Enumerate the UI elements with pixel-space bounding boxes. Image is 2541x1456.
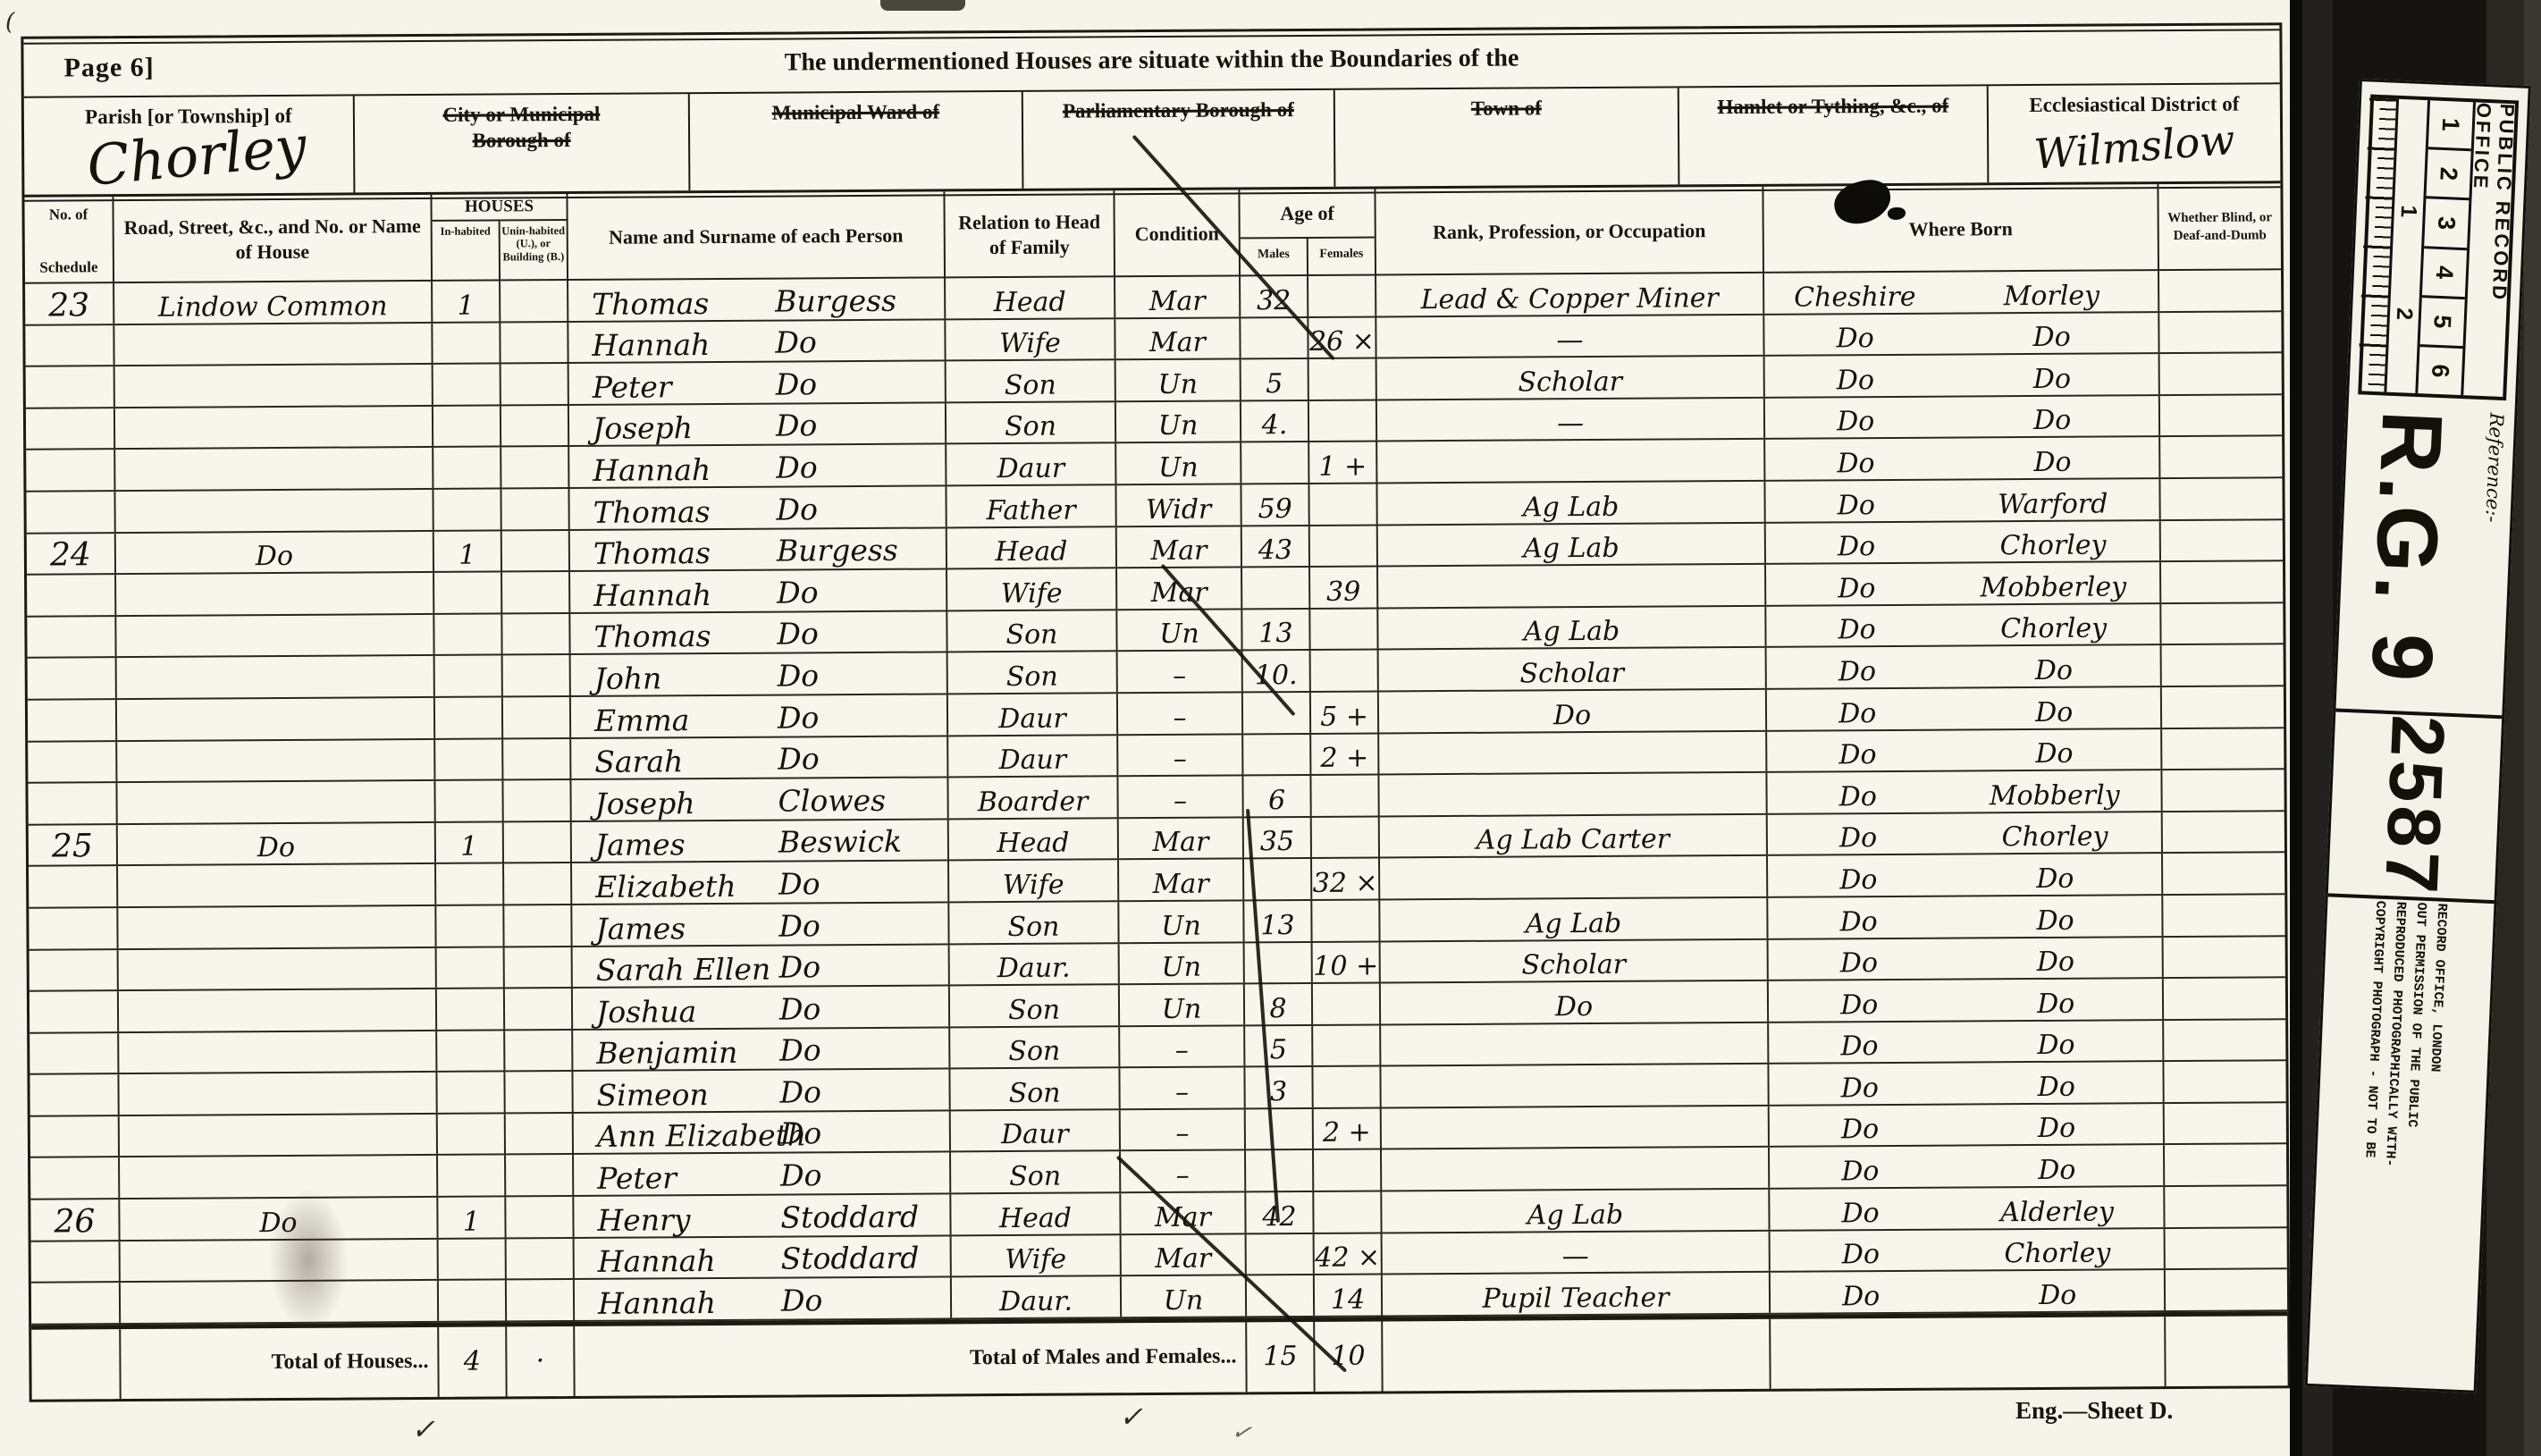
given-name: James — [595, 830, 686, 861]
road-cell — [119, 1031, 437, 1073]
col-header-houses-title: HOUSES — [432, 194, 566, 222]
blind-deaf-cell — [2163, 895, 2284, 935]
age-males-cell — [1246, 1150, 1314, 1191]
relation-cell: Son — [947, 402, 1116, 443]
occupation-cell — [1379, 773, 1767, 815]
condition-cell: – — [1120, 1068, 1245, 1108]
age-males-cell: 4. — [1241, 401, 1309, 442]
road-cell — [117, 739, 435, 781]
age-females-cell — [1313, 984, 1381, 1024]
age-females-cell: 14 — [1315, 1275, 1383, 1316]
field-town-label: Town of — [1335, 95, 1678, 122]
occupation-cell: Scholar — [1379, 648, 1767, 690]
given-name: Peter — [593, 372, 672, 402]
name-cell: Elizabeth Do — [572, 862, 949, 904]
age-males-cell: 5 — [1241, 359, 1309, 400]
condition-cell: Un — [1120, 943, 1245, 983]
scan-edge-blot — [880, 0, 965, 11]
schedule-number-cell — [28, 700, 117, 740]
given-name: Peter — [597, 1163, 677, 1193]
occupation-cell: Ag Lab Carter — [1380, 815, 1768, 857]
relation-cell: Wife — [952, 1235, 1122, 1276]
name-cell: Hannah Do — [568, 320, 946, 362]
born-county: Do — [1767, 659, 1948, 686]
given-name: Thomas — [593, 538, 711, 568]
age-females-cell — [1309, 400, 1377, 441]
born-place: Do — [1949, 990, 2162, 1018]
born-place: Chorley — [1951, 1240, 2164, 1267]
name-cell: Emma Do — [571, 694, 948, 736]
uninhabited-cell — [504, 905, 572, 946]
col-header-relation: Relation to Head of Family — [945, 190, 1115, 278]
born-place: Morley — [1945, 282, 2158, 310]
relation-cell: Son — [950, 1027, 1120, 1068]
born-place: Do — [1946, 324, 2158, 351]
surname: Do — [778, 661, 820, 690]
name-cell: Thomas Burgess — [568, 278, 946, 320]
given-name: Joseph — [595, 788, 695, 819]
col-header-inhabited: In-habited — [433, 221, 501, 281]
col-header-males: Males — [1241, 239, 1308, 276]
blind-deaf-cell — [2159, 312, 2281, 352]
condition-cell: Un — [1119, 901, 1244, 941]
schedule-number-cell — [26, 408, 115, 449]
inhabited-cell — [437, 989, 505, 1030]
inhabited-cell — [437, 1031, 505, 1071]
blind-deaf-cell — [2163, 812, 2284, 852]
where-born-cell: Do Do — [1769, 979, 2164, 1021]
name-cell: Hannah Do — [575, 1278, 952, 1320]
age-females-cell: 10 + — [1313, 942, 1381, 982]
blind-deaf-cell — [2161, 520, 2283, 560]
blind-deaf-cell — [2162, 645, 2284, 686]
field-parliamentary-borough: Parliamentary Borough of — [1023, 90, 1336, 189]
condition-cell: – — [1120, 1026, 1245, 1066]
uninhabited-cell — [503, 780, 571, 821]
relation-cell: Head — [951, 1193, 1121, 1234]
road-cell — [116, 615, 434, 657]
occupation-cell: Scholar — [1381, 939, 1769, 981]
relation-cell: Son — [950, 985, 1120, 1026]
born-county: Do — [1771, 1241, 1952, 1269]
born-county: Do — [1771, 1283, 1952, 1310]
age-females-cell — [1314, 1192, 1382, 1233]
relation-cell: Son — [950, 1069, 1120, 1110]
uninhabited-cell — [502, 531, 570, 571]
inhabited-cell — [435, 697, 503, 737]
name-cell: Hannah Stoddard — [575, 1236, 952, 1278]
road-cell — [117, 698, 435, 740]
given-name: Thomas — [592, 289, 709, 319]
given-name: Hannah — [598, 1246, 716, 1276]
condition-cell: Mar — [1121, 1192, 1246, 1233]
age-females-cell: 5 + — [1311, 692, 1379, 732]
schedule-number-cell: 25 — [29, 825, 118, 865]
occupation-cell — [1381, 1065, 1769, 1107]
born-place: Do — [1949, 948, 2162, 976]
age-males-cell — [1247, 1234, 1315, 1275]
age-females-cell — [1314, 1150, 1382, 1191]
surname: Burgess — [775, 285, 896, 316]
blind-deaf-cell — [2161, 603, 2283, 644]
born-county: Do — [1766, 575, 1948, 602]
smudge-mark — [268, 1189, 349, 1332]
age-females-cell: 2 + — [1311, 734, 1379, 774]
where-born-cell: Cheshire Morley — [1764, 271, 2159, 313]
road-cell — [116, 573, 434, 615]
col-header-females: Females — [1308, 238, 1375, 275]
occupation-cell: Lead & Copper Miner — [1376, 274, 1764, 316]
surname: Do — [777, 577, 819, 607]
schedule-number-cell — [29, 866, 118, 906]
occupation-cell: Do — [1379, 690, 1767, 732]
stamp-ruler: PUBLIC RECORD OFFICE 1 2 3 4 5 6 — [2358, 95, 2519, 401]
totals-uninhabited-mark: · — [507, 1326, 575, 1396]
age-females-cell — [1310, 609, 1378, 649]
age-females-cell: 26 × — [1308, 317, 1376, 358]
condition-cell: Un — [1117, 610, 1242, 650]
age-females-cell — [1313, 1067, 1381, 1107]
ruler-cm-number: 4 — [2422, 248, 2467, 299]
born-place: Do — [1947, 449, 2159, 476]
where-born-cell: Do Do — [1768, 854, 2163, 896]
name-cell: James Beswick — [572, 820, 949, 862]
schedule-number-cell — [30, 1116, 120, 1157]
born-place: Chorley — [1948, 823, 2161, 851]
surname: Do — [775, 327, 817, 357]
road-cell — [119, 1073, 437, 1115]
born-county: Do — [1764, 325, 1946, 353]
name-cell: Hannah Do — [569, 445, 947, 487]
ruler-cm-number: 6 — [2418, 347, 2462, 395]
inhabited-cell — [435, 656, 503, 696]
col-header-age-title: Age of — [1240, 189, 1374, 237]
born-place: Do — [1948, 699, 2160, 727]
road-cell — [115, 407, 433, 449]
surname: Do — [776, 452, 818, 482]
schedule-number-cell — [27, 575, 116, 615]
blind-deaf-cell — [2166, 1270, 2287, 1310]
blind-deaf-cell — [2160, 353, 2282, 393]
schedule-number-cell — [31, 1241, 121, 1282]
uninhabited-cell — [501, 364, 569, 404]
occupation-cell: Ag Lab — [1382, 1190, 1770, 1232]
totals-row: Total of Houses... 4 · Total of Males an… — [31, 1311, 2287, 1399]
road-cell: Do — [116, 531, 434, 573]
inhabited-cell — [436, 864, 504, 905]
surname: Stoddard — [780, 1201, 919, 1232]
uninhabited-cell — [507, 1239, 575, 1279]
schedule-number-cell: 23 — [25, 283, 114, 324]
given-name: James — [595, 913, 686, 944]
surname: Do — [780, 1119, 822, 1149]
inhabited-cell — [433, 323, 501, 363]
field-town: Town of — [1335, 88, 1680, 186]
inhabited-cell — [434, 614, 502, 654]
surname: Do — [779, 1036, 821, 1065]
born-place: Do — [1946, 408, 2158, 435]
condition-cell: Un — [1116, 360, 1241, 400]
name-cell: Benjamin Do — [573, 1028, 950, 1070]
born-county: Do — [1768, 825, 1949, 853]
where-born-cell: Do Mobberly — [1767, 770, 2162, 812]
born-county: Do — [1769, 991, 1950, 1019]
ruler-inch-number: 2 — [2391, 307, 2418, 321]
field-ecclesiastical-district: Ecclesiastical District of Wilmslow — [1989, 84, 2281, 182]
condition-cell: Mar — [1115, 318, 1241, 358]
given-name: Hannah — [593, 580, 711, 610]
age-males-cell: 59 — [1241, 484, 1309, 525]
age-males-cell: 6 — [1243, 776, 1311, 816]
name-cell: Joseph Clowes — [571, 778, 948, 821]
relation-cell: Father — [947, 485, 1116, 526]
schedule-number-cell — [30, 1158, 120, 1199]
field-ecclesiastical-district-value: Wilmslow — [1988, 112, 2282, 182]
given-name: Emma — [594, 705, 690, 736]
occupation-cell — [1380, 856, 1768, 898]
uninhabited-cell — [506, 1197, 574, 1237]
road-cell: Do — [118, 823, 436, 865]
check-mark: ✓ — [1119, 1400, 1143, 1434]
total-males-females-label: Total of Males and Females... — [575, 1322, 1247, 1396]
road-cell — [117, 781, 435, 823]
given-name: Simeon — [597, 1080, 709, 1110]
surname: Burgess — [777, 535, 898, 566]
uninhabited-cell — [501, 447, 569, 487]
age-females-cell — [1309, 484, 1377, 524]
age-females-cell — [1310, 526, 1378, 566]
schedule-number-cell — [26, 492, 115, 532]
born-county: Cheshire — [1764, 283, 1946, 311]
schedule-number-cell — [31, 1283, 121, 1323]
uninhabited-cell — [505, 947, 573, 987]
schedule-number-cell — [29, 1074, 119, 1115]
age-females-cell: 2 + — [1314, 1108, 1382, 1149]
col-header-rank: Rank, Profession, or Occupation — [1376, 187, 1764, 276]
surname: Do — [778, 869, 820, 898]
banner-text: The undermentioned Houses are situate wi… — [23, 39, 2279, 81]
blind-deaf-cell — [2166, 1228, 2287, 1268]
schedule-number-cell — [29, 908, 118, 948]
given-name: Joseph — [593, 414, 693, 444]
surname: Do — [779, 994, 821, 1023]
age-males-cell — [1245, 942, 1313, 982]
totals-blind-cell — [2166, 1316, 2287, 1386]
uninhabited-cell — [505, 1072, 573, 1112]
born-place: Do — [1948, 657, 2160, 685]
relation-cell: Son — [951, 1152, 1121, 1193]
born-place: Do — [1951, 1282, 2164, 1309]
age-females-cell: 42 × — [1315, 1233, 1383, 1274]
name-cell: Ann Elizabeth Do — [574, 1111, 951, 1153]
name-cell: James Do — [572, 903, 949, 945]
col-header-schedule: No. of Schedule — [24, 197, 114, 284]
name-cell: Sarah Do — [571, 736, 948, 778]
field-city-borough-label: City or Municipal Borough of — [355, 101, 688, 155]
born-county: Do — [1768, 783, 1949, 811]
condition-cell: Mar — [1122, 1234, 1247, 1275]
inhabited-cell — [433, 365, 501, 405]
surname: Do — [778, 911, 820, 940]
where-born-cell: Do Do — [1768, 896, 2163, 938]
born-county: Do — [1770, 1116, 1951, 1144]
age-males-cell: 8 — [1245, 984, 1313, 1024]
born-county: Do — [1766, 534, 1948, 561]
occupation-cell: — — [1376, 315, 1764, 357]
condition-cell: – — [1118, 652, 1243, 692]
uninhabited-cell — [502, 572, 570, 612]
inhabited-cell — [438, 1114, 506, 1154]
condition-cell: Mar — [1115, 276, 1241, 316]
name-cell: John Do — [571, 653, 948, 695]
born-county: Do — [1765, 408, 1947, 436]
name-cell: Thomas Burgess — [570, 528, 947, 570]
born-place: Do — [1949, 907, 2162, 935]
where-born-cell: Do Do — [1769, 1062, 2164, 1104]
where-born-cell: Do Chorley — [1771, 1229, 2166, 1271]
blind-deaf-cell — [2161, 561, 2283, 602]
district-header-row: Parish [or Township] of Chorley City or … — [24, 82, 2281, 197]
born-county: Do — [1767, 742, 1948, 770]
born-place: Mobberly — [1948, 782, 2161, 810]
born-place: Do — [1950, 1031, 2163, 1059]
inhabited-cell — [435, 739, 503, 779]
age-males-cell: 5 — [1245, 1026, 1313, 1066]
blind-deaf-cell — [2164, 1020, 2285, 1060]
sheet-label: Eng.—Sheet D. — [2015, 1397, 2173, 1425]
uninhabited-cell — [505, 1031, 573, 1071]
name-cell: Henry Stoddard — [574, 1194, 951, 1236]
born-county: Do — [1765, 450, 1947, 478]
relation-cell: Daur — [951, 1110, 1121, 1151]
condition-cell: Un — [1122, 1276, 1247, 1317]
table-header-row: No. of Schedule Road, Street, &c., and N… — [24, 183, 2281, 283]
uninhabited-cell — [503, 655, 571, 695]
relation-cell: Head — [946, 277, 1115, 318]
blind-deaf-cell — [2160, 395, 2282, 435]
uninhabited-cell — [506, 1114, 574, 1154]
age-females-cell — [1308, 275, 1376, 316]
col-header-uninhabited: Unin-habited (U.), or Building (B.) — [501, 221, 567, 281]
condition-cell: – — [1118, 693, 1243, 733]
schedule-number-cell: 24 — [27, 534, 116, 574]
name-cell: Peter Do — [569, 362, 947, 404]
ruler-cm-number: 3 — [2424, 199, 2469, 250]
schedule-number-cell — [28, 658, 117, 698]
relation-cell: Son — [948, 652, 1118, 694]
age-males-cell — [1241, 442, 1309, 483]
age-females-cell: 32 × — [1312, 859, 1380, 899]
condition-cell: Mar — [1119, 860, 1244, 900]
given-name: Joshua — [596, 997, 696, 1027]
condition-cell: – — [1121, 1151, 1246, 1191]
schedule-number-cell — [25, 325, 114, 366]
occupation-cell — [1377, 440, 1765, 482]
col-header-where-born: Where Born — [1763, 184, 2159, 274]
relation-cell: Head — [947, 527, 1117, 568]
given-name: Ann Elizabeth — [597, 1121, 806, 1151]
occupation-cell: Pupil Teacher — [1383, 1273, 1771, 1315]
age-females-cell — [1313, 1025, 1381, 1065]
table-body: 23 Lindow Common 1 Thomas Burgess Head M… — [25, 270, 2287, 1325]
schedule-number-cell — [28, 783, 117, 823]
age-females-cell — [1312, 900, 1380, 940]
ruler-cm-number: 1 — [2428, 100, 2473, 151]
occupation-cell: Ag Lab — [1378, 607, 1766, 649]
occupation-cell: Do — [1381, 981, 1769, 1023]
where-born-cell: Do Mobberley — [1766, 562, 2161, 604]
col-header-schedule-top: No. of — [25, 206, 113, 224]
born-place: Do — [1946, 366, 2158, 393]
occupation-cell: Scholar — [1377, 357, 1765, 399]
name-cell: Thomas Do — [570, 611, 947, 653]
ruler-inch-number: 1 — [2395, 205, 2422, 218]
where-born-cell: Do Alderley — [1770, 1187, 2165, 1229]
occupation-cell: — — [1377, 399, 1765, 441]
blind-deaf-cell — [2164, 1062, 2285, 1102]
stamp-series-number: R.G. 9 — [2352, 408, 2461, 687]
age-males-cell: 35 — [1244, 818, 1312, 858]
occupation-cell — [1382, 1148, 1770, 1190]
blind-deaf-cell — [2159, 270, 2281, 310]
road-cell — [117, 656, 435, 698]
inhabited-cell — [439, 1281, 507, 1321]
condition-cell: Un — [1120, 984, 1245, 1024]
born-county: Do — [1770, 1199, 1951, 1227]
inhabited-cell — [439, 1239, 507, 1279]
given-name: Hannah — [592, 330, 710, 360]
field-hamlet-label: Hamlet or Tything, &c., of — [1679, 93, 1987, 121]
given-name: Thomas — [593, 497, 711, 527]
blind-deaf-cell — [2165, 1145, 2286, 1185]
born-county: Do — [1769, 1033, 1950, 1061]
name-cell: Joseph Do — [569, 403, 947, 445]
inhabited-cell — [434, 573, 502, 613]
uninhabited-cell — [501, 281, 568, 321]
stamp-series-section: Reference:- R.G. 9 — [2335, 394, 2515, 715]
given-name: Thomas — [593, 621, 711, 652]
surname: Do — [780, 1160, 822, 1190]
inhabited-cell — [433, 406, 501, 446]
born-county: Do — [1768, 866, 1949, 894]
age-males-cell — [1243, 734, 1311, 774]
uninhabited-cell — [507, 1280, 575, 1320]
condition-cell: Un — [1116, 401, 1241, 442]
name-cell: Thomas Do — [569, 486, 947, 528]
inhabited-cell — [437, 1073, 505, 1113]
uninhabited-cell — [503, 697, 571, 737]
uninhabited-cell — [501, 489, 569, 529]
where-born-cell: Do Do — [1765, 438, 2160, 480]
age-males-cell — [1246, 1109, 1314, 1149]
born-county: Do — [1770, 1158, 1951, 1186]
blind-deaf-cell — [2160, 478, 2282, 518]
schedule-number-cell — [29, 950, 119, 990]
inhabited-cell — [437, 947, 505, 988]
relation-cell: Wife — [947, 568, 1117, 610]
col-header-houses: HOUSES In-habited Unin-habited (U.), or … — [432, 194, 568, 282]
born-place: Do — [1948, 740, 2161, 768]
occupation-cell: Ag Lab — [1378, 523, 1766, 565]
born-place: Chorley — [1948, 615, 2160, 643]
occupation-cell — [1382, 1107, 1770, 1149]
condition-cell: – — [1118, 777, 1243, 817]
born-county: Do — [1767, 700, 1948, 728]
blind-deaf-cell — [2165, 1103, 2286, 1143]
uninhabited-cell — [503, 739, 571, 779]
born-place: Chorley — [1947, 532, 2159, 560]
born-county: Do — [1765, 366, 1947, 394]
